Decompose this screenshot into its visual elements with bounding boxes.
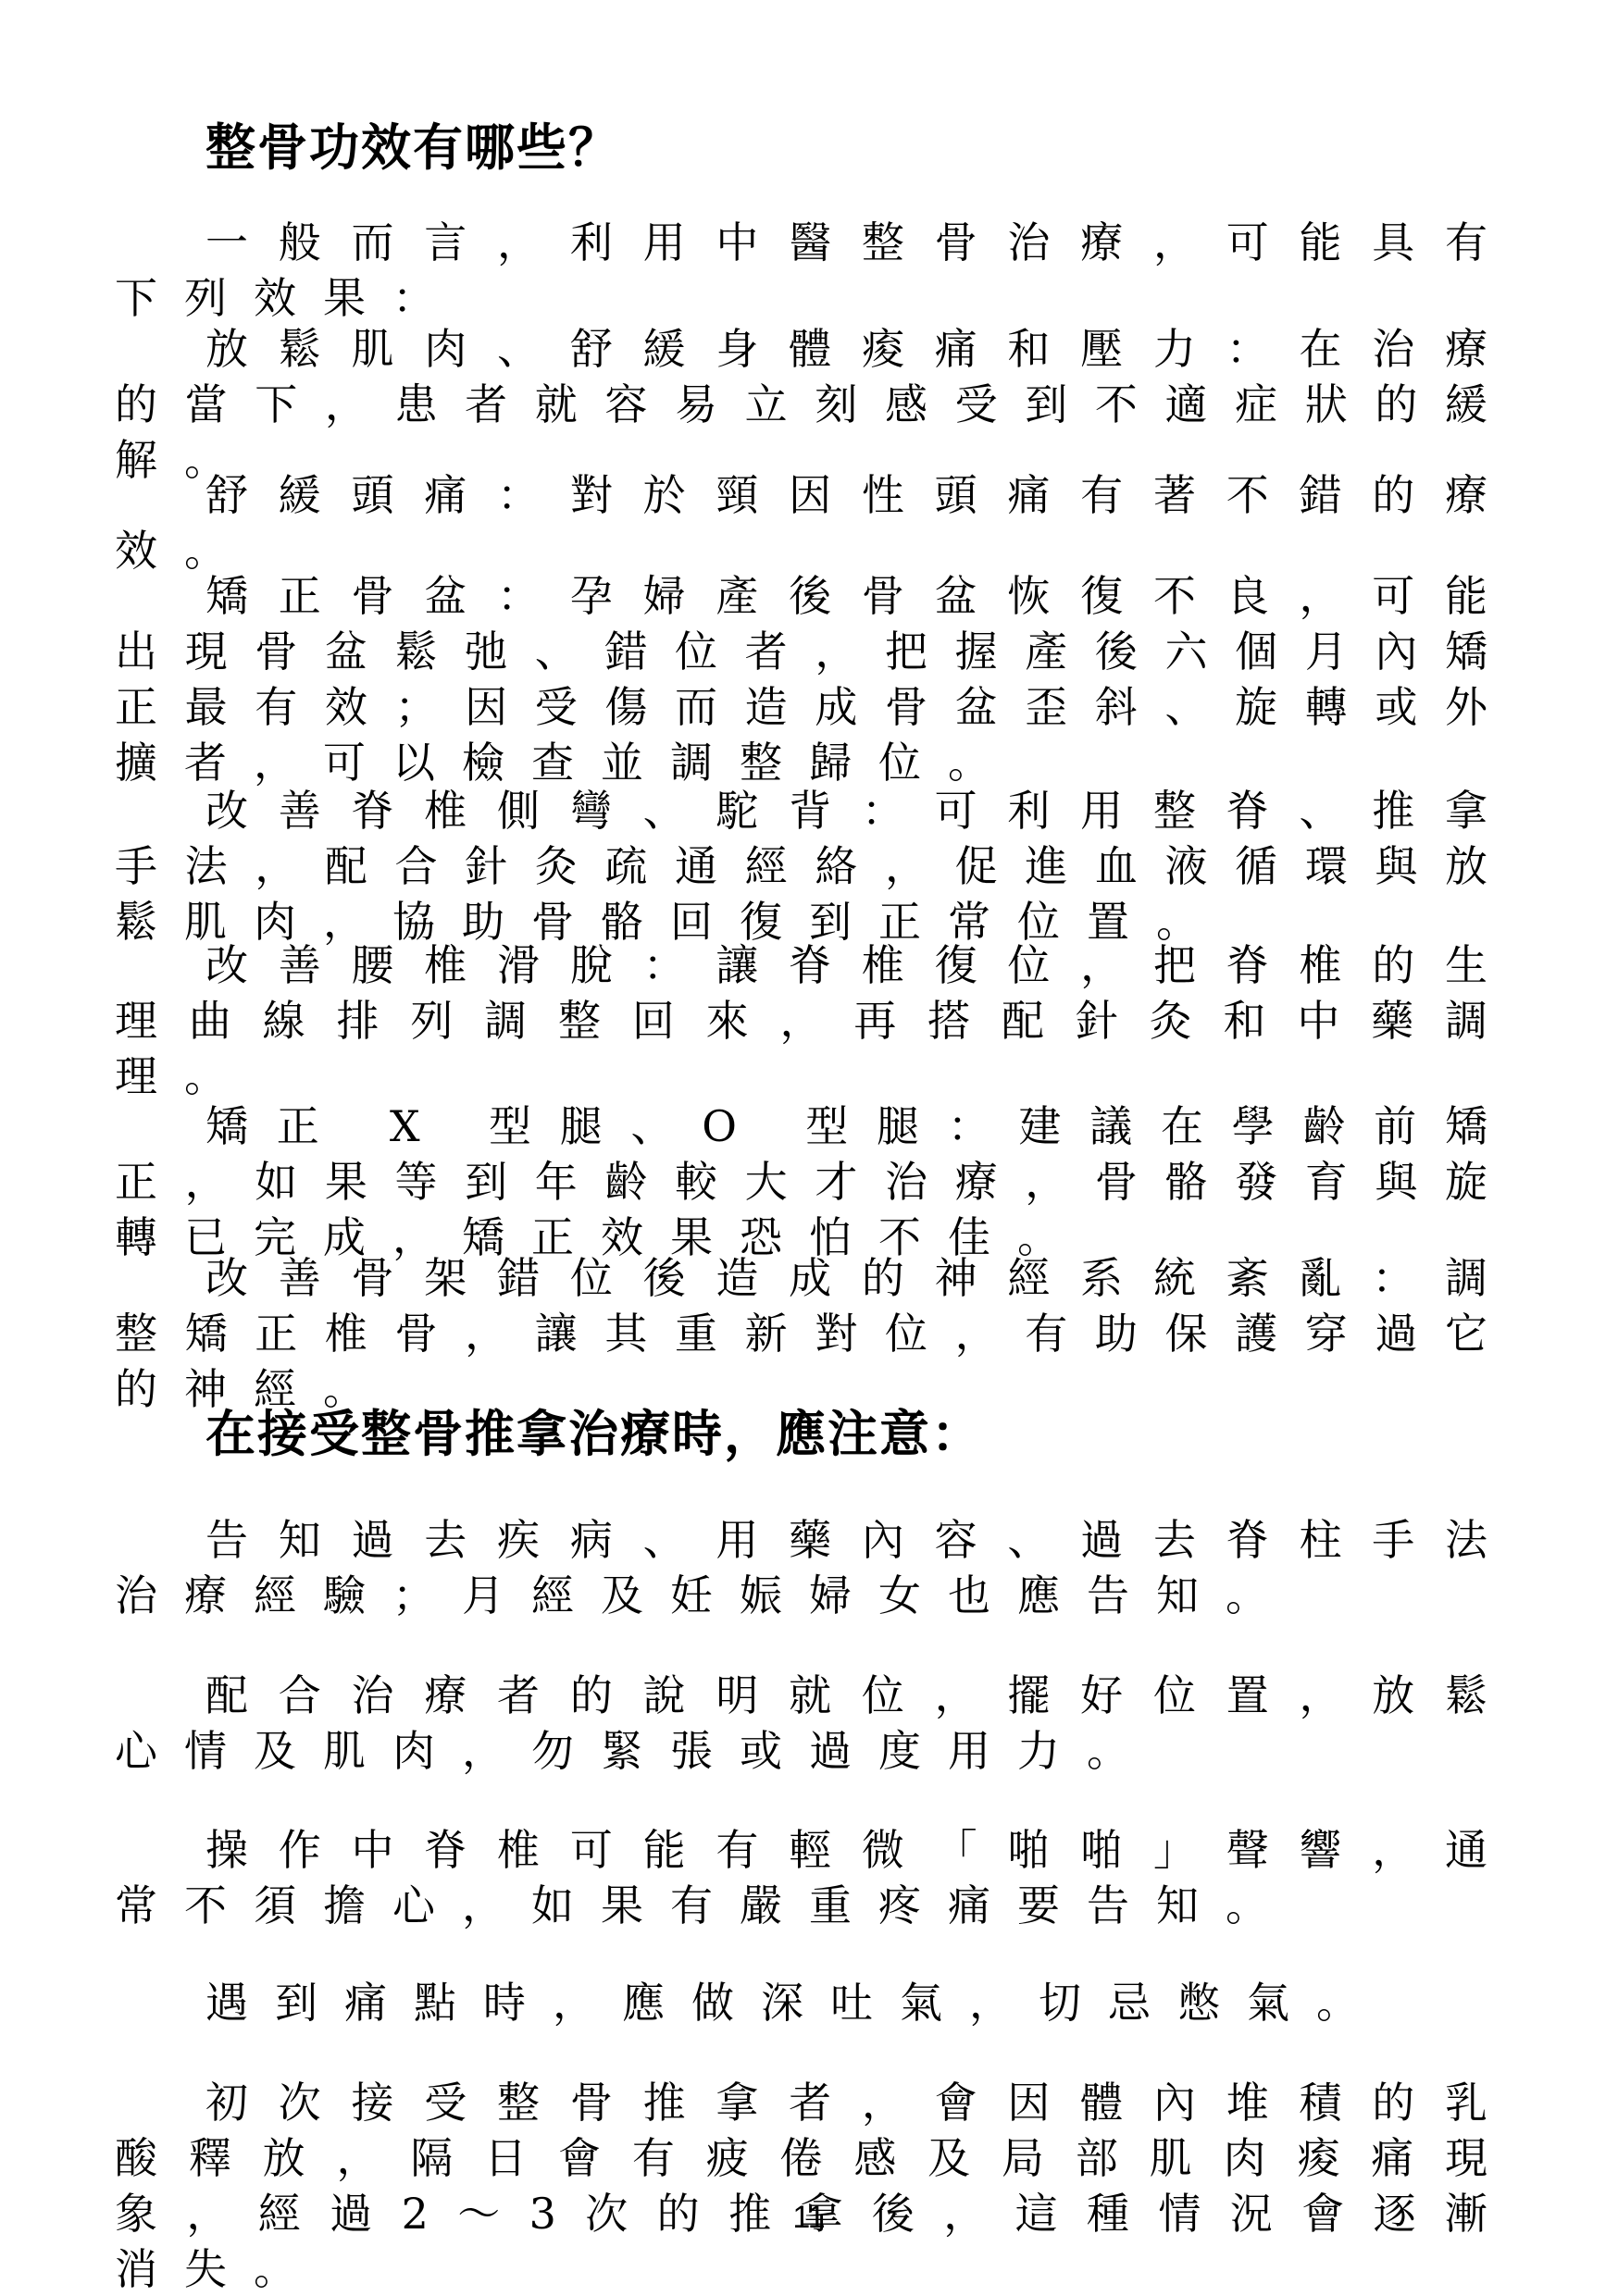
paragraph-inform-history: 告知過去疾病、用藥內容、過去脊柱手法治療經驗；月經及妊娠婦女也應告知。 (115, 1512, 1514, 1623)
paragraph-breathing: 遇到痛點時，應做深吐氣，切忌憋氣。 (115, 1975, 1514, 2030)
paragraph-headache: 舒緩頭痛：對於頸因性頭痛有著不錯的療效。 (115, 467, 1514, 578)
paragraph-leg-shape: 矯正 X 型腿、O 型腿：建議在學齡前矯正，如果等到年齡較大才治療，骨骼發育與旋… (115, 1098, 1514, 1265)
document-page: 整骨功效有哪些？ 一般而言，利用中醫整骨治療，可能具有下列效果： 放鬆肌肉、舒緩… (0, 0, 1618, 2296)
page-number: 11 (0, 2195, 1618, 2240)
paragraph-scoliosis: 改善脊椎側彎、駝背：可利用整脊、推拿手法，配合針灸疏通經絡，促進血液循環與放鬆肌… (115, 783, 1514, 949)
paragraph-spondylolisthesis: 改善腰椎滑脫：讓脊椎復位，把脊椎的生理曲線排列調整回來，再搭配針灸和中藥調理。 (115, 937, 1514, 1104)
paragraph-first-time: 初次接受整骨推拿者，會因體內堆積的乳酸釋放，隔日會有疲倦感及局部肌肉痠痛現象，經… (115, 2075, 1514, 2296)
section-heading-precautions: 在接受整骨推拿治療時，應注意： (205, 1404, 983, 1463)
paragraph-intro: 一般而言，利用中醫整骨治療，可能具有下列效果： (115, 215, 1514, 326)
paragraph-relax-muscles: 放鬆肌肉、舒緩身體痠痛和壓力：在治療的當下，患者就容易立刻感受到不適症狀的緩解。 (115, 321, 1514, 488)
paragraph-nervous-system: 改善骨架錯位後造成的神經系統紊亂：調整矯正椎骨，讓其重新對位，有助保護穿過它的神… (115, 1250, 1514, 1417)
paragraph-popping-sound: 操作中脊椎可能有輕微「啪啪」聲響，通常不須擔心，如果有嚴重疼痛要告知。 (115, 1822, 1514, 1933)
paragraph-pelvis: 矯正骨盆：孕婦產後骨盆恢復不良，可能出現骨盆鬆弛、錯位者，把握產後六個月內矯正最… (115, 568, 1514, 790)
section-heading-benefits: 整骨功效有哪些？ (205, 118, 620, 177)
paragraph-cooperate: 配合治療者的說明就位，擺好位置，放鬆心情及肌肉，勿緊張或過度用力。 (115, 1668, 1514, 1779)
